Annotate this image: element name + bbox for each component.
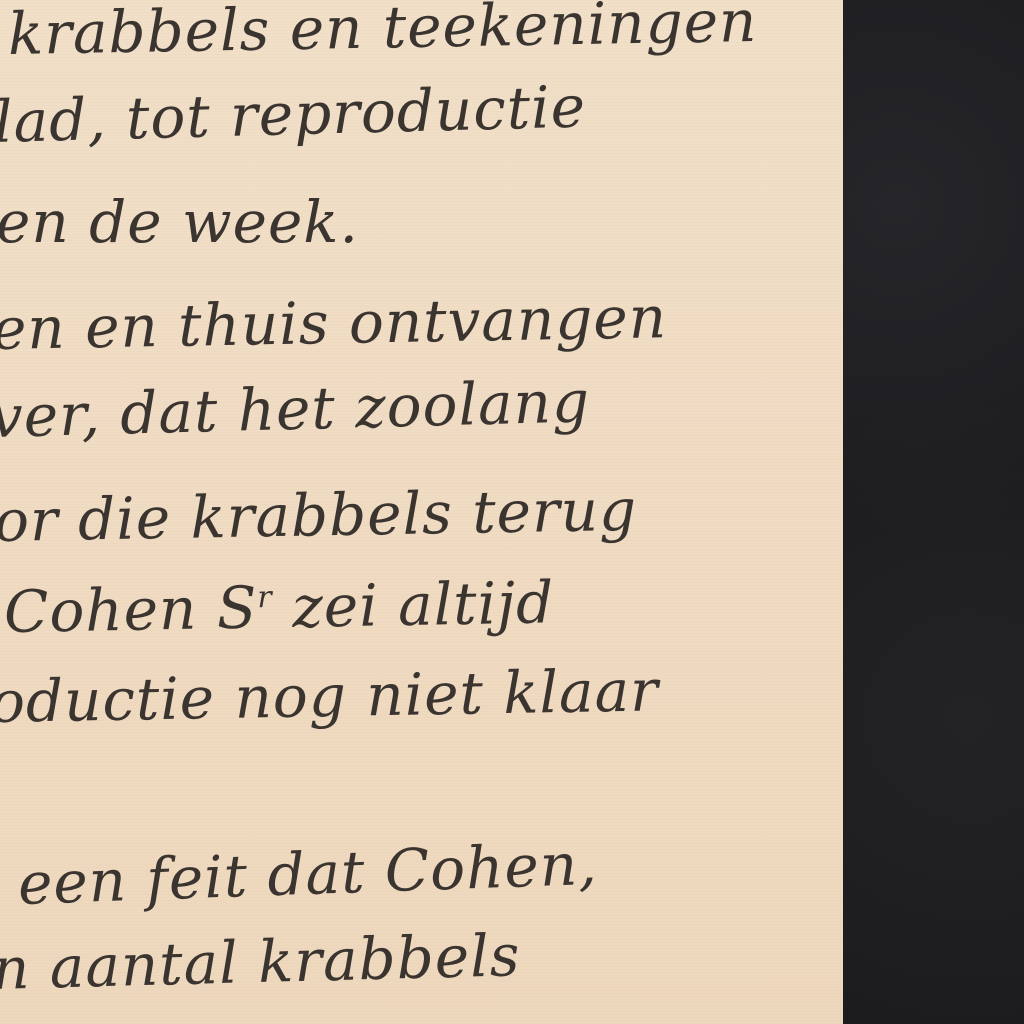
- handwriting-line-3: en de week.: [0, 188, 359, 256]
- handwriting-line-6: or die krabbels terug: [0, 476, 638, 555]
- letter-page: krabbels en teekeningen lad, tot reprodu…: [0, 0, 843, 1024]
- handwriting-line-7-rest: zei altijd: [272, 568, 555, 641]
- handwriting-line-7-name: Cohen S: [3, 574, 258, 646]
- handwriting-line-2: lad, tot reproductie: [0, 73, 587, 156]
- handwriting-line-1: krabbels en teekeningen: [7, 0, 757, 68]
- handwriting-line-5: ver, dat het zoolang: [0, 367, 591, 451]
- handwriting-line-7-superscript: r: [257, 580, 273, 615]
- dark-scan-background: [843, 0, 1024, 1024]
- handwriting-line-7: Cohen Sr zei altijd: [3, 568, 554, 646]
- handwriting-line-10: n aantal krabbels: [0, 921, 521, 1003]
- handwriting-line-9: een feit dat Cohen,: [17, 830, 599, 918]
- handwriting-line-4: en en thuis ontvangen: [0, 283, 668, 363]
- handwriting-line-8: oductie nog niet klaar: [0, 656, 659, 736]
